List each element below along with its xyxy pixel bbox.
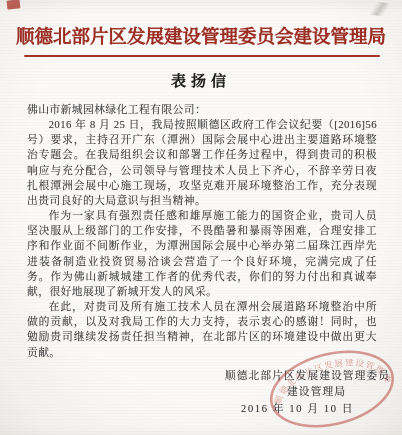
body-paragraph-lines: 2016 年 8 月 25 日，我局按照顺德区政府工作会议纪要（[2016]56… [27,118,377,361]
body-line: 进装备制造业投资贸易洽谈会营造了一个良好环境，完满完成了任 [27,255,377,270]
body-line: 响应与充分配合，公司领导与管理技术人员上下齐心，不辞辛劳日夜 [27,164,377,179]
body-line: 序和作业面不间断作业，为潭洲国际会展中心举办第二届珠江西岸先 [27,239,377,254]
scan-artifact-crease [359,0,401,19]
body-line: 在此，对贵司及所有施工技术人员在潭州会展道路环境整治中所 [27,300,377,315]
letterhead-title: 顺德北部片区发展建设管理委员会建设管理局 [14,26,388,50]
body-line: 出贵司良好的大局意识与担当精神。 [27,194,377,209]
body-line: 做的贡献，以及对我局工作的大力支持，表示衷心的感谢！同时，也 [27,315,377,330]
body-line: 号）要求，主持召开广东（潭洲）国际会展中心进出主要道路环境整 [27,133,377,148]
body-line: 扎根潭洲会展中心施工现场，攻坚克难开展环境整治工作，充分表现 [27,179,377,194]
letter-body: 佛山市新城园林绿化工程有限公司： 2016 年 8 月 25 日，我局按照顺德区… [27,103,377,361]
body-line: 献，很好地展现了新城开发人的风采。 [27,285,377,300]
document-title: 表扬信 [0,70,402,91]
letterhead-divider-rule [24,55,380,57]
body-line: 坚决服从上级部门的工作安排，不畏酷暑和暴雨等困难，合理安排工 [27,224,377,239]
body-line: 作为一家具有强烈责任感和雄厚施工能力的国资企业，贵司人员 [27,209,377,224]
body-line: 2016 年 8 月 25 日，我局按照顺德区政府工作会议纪要（[2016]56 [27,118,377,133]
signature-org-line-2: 建设管理局 [287,384,346,401]
signature-date: 2016 年 10 月 10 日 [241,401,354,418]
signature-org-line-1: 顺德北部片区发展建设管理委员 [225,368,390,385]
scan-artifact-red-mark [7,0,21,10]
salutation: 佛山市新城园林绿化工程有限公司： [27,103,377,118]
body-line: 勉励贵司继续发扬责任担当精神，在北部片区的环境建设中做出更大 [27,330,377,345]
commendation-letter-page: 顺德北部片区发展建设管理委员会建设管理局 表扬信 佛山市新城园林绿化工程有限公司… [0,0,402,435]
signature-block: 顺德北部片区发展建设管理委员 建设管理局 2016 年 10 月 10 日 [0,368,402,418]
body-line: 务。作为佛山新城城建工作者的优秀代表，你们的努力付出和真诚奉 [27,270,377,285]
body-line: 治专题会。在我局组织会议和部署工作任务过程中，得到贵司的积极 [27,148,377,163]
